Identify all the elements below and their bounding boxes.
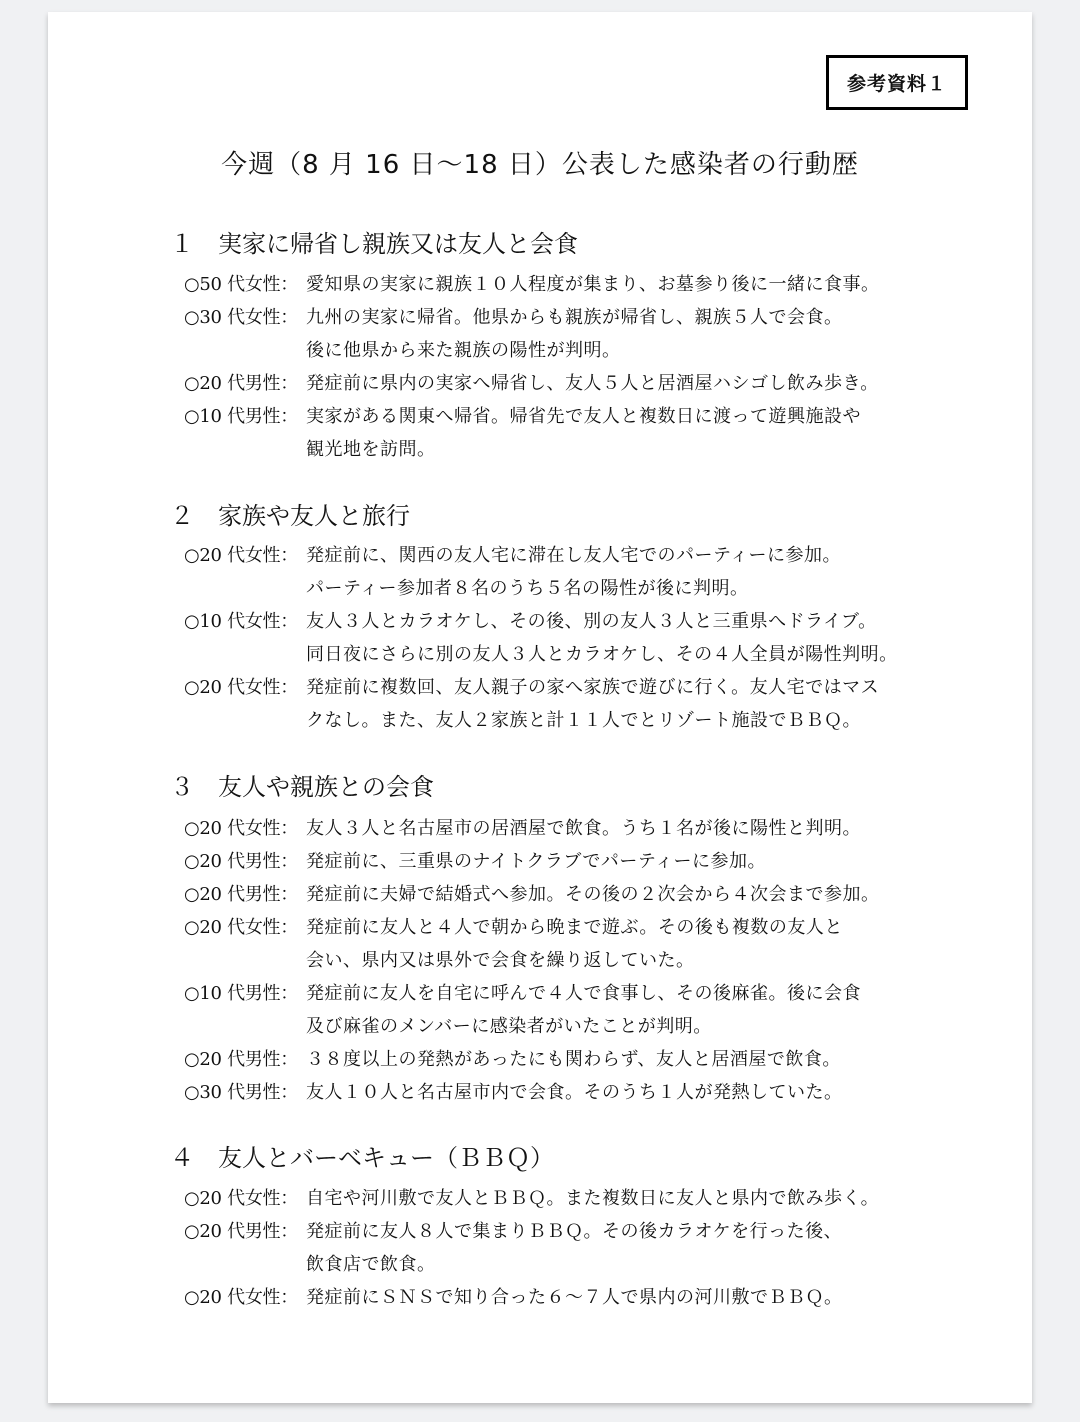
list-item: ○20 代女性： 発症前に友人と４人で朝から晩まで遊ぶ。その後も複数の友人と 会… [184, 911, 843, 977]
list-item: ○20 代男性： 発症前に県内の実家へ帰省し、友人５人と居酒屋ハシゴし飲み歩き。 [184, 367, 879, 400]
section-number: １ [170, 224, 218, 259]
case-label: ○20 代男性： [184, 1043, 306, 1076]
document-title: 今週（8 月 16 日〜18 日）公表した感染者の行動歴 [48, 144, 1032, 181]
list-item: ○20 代女性： 発症前に複数回、友人親子の家へ家族で遊びに行く。友人宅ではマス… [184, 671, 879, 737]
section-number: ３ [170, 767, 218, 802]
case-description: 愛知県の実家に親族１０人程度が集まり、お墓参り後に一緒に食事。 [306, 268, 880, 301]
case-label: ○30 代女性： [184, 301, 306, 367]
case-label: ○20 代女性： [184, 539, 306, 605]
section-number: ４ [170, 1138, 218, 1173]
case-description: 実家がある関東へ帰省。帰省先で友人と複数日に渡って遊興施設や 観光地を訪問。 [306, 400, 861, 466]
section-title: 家族や友人と旅行 [218, 502, 410, 530]
case-label: ○20 代男性： [184, 878, 306, 911]
case-label: ○20 代女性： [184, 671, 306, 737]
case-description: 発症前に友人と４人で朝から晩まで遊ぶ。その後も複数の友人と 会い、県内又は県外で… [306, 911, 843, 977]
reference-label-box: 参考資料１ [826, 55, 968, 110]
list-item: ○20 代男性： ３８度以上の発熱があったにも関わらず、友人と居酒屋で飲食。 [184, 1043, 841, 1076]
list-item: ○20 代男性： 発症前に友人８人で集まりＢＢＱ。その後カラオケを行った後、 飲… [184, 1215, 842, 1281]
list-item: ○30 代女性： 九州の実家に帰省。他県からも親族が帰省し、親族５人で会食。 後… [184, 301, 843, 367]
list-item: ○50 代女性： 愛知県の実家に親族１０人程度が集まり、お墓参り後に一緒に食事。 [184, 268, 880, 301]
case-description: 発症前に県内の実家へ帰省し、友人５人と居酒屋ハシゴし飲み歩き。 [306, 367, 879, 400]
case-description: 発症前に夫婦で結婚式へ参加。その後の２次会から４次会まで参加。 [306, 878, 880, 911]
case-label: ○20 代女性： [184, 1281, 306, 1314]
case-description: 発症前に複数回、友人親子の家へ家族で遊びに行く。友人宅ではマス クなし。また、友… [306, 671, 879, 737]
case-description: ３８度以上の発熱があったにも関わらず、友人と居酒屋で飲食。 [306, 1043, 841, 1076]
section-heading-4: ４友人とバーベキュー（ＢＢＱ） [170, 1138, 554, 1173]
section-number: ２ [170, 496, 218, 531]
list-item: ○10 代女性： 友人３人とカラオケし、その後、別の友人３人と三重県へドライブ。… [184, 605, 898, 671]
section-heading-1: １実家に帰省し親族又は友人と会食 [170, 224, 578, 259]
section-heading-3: ３友人や親族との会食 [170, 767, 434, 802]
list-item: ○20 代男性： 発症前に、三重県のナイトクラブでパーティーに参加。 [184, 845, 766, 878]
case-description: 友人１０人と名古屋市内で会食。そのうち１人が発熱していた。 [306, 1076, 843, 1109]
case-description: 発症前に友人を自宅に呼んで４人で食事し、その後麻雀。後に会食 及び麻雀のメンバー… [306, 977, 861, 1043]
case-description: 九州の実家に帰省。他県からも親族が帰省し、親族５人で会食。 後に他県から来た親族… [306, 301, 843, 367]
list-item: ○30 代男性： 友人１０人と名古屋市内で会食。そのうち１人が発熱していた。 [184, 1076, 843, 1109]
case-label: ○30 代男性： [184, 1076, 306, 1109]
document-page: 参考資料１ 今週（8 月 16 日〜18 日）公表した感染者の行動歴 １実家に帰… [48, 12, 1032, 1403]
case-description: 発症前に友人８人で集まりＢＢＱ。その後カラオケを行った後、 飲食店で飲食。 [306, 1215, 842, 1281]
section-title: 友人とバーベキュー（ＢＢＱ） [218, 1144, 554, 1172]
case-label: ○10 代女性： [184, 605, 306, 671]
case-label: ○20 代女性： [184, 812, 306, 845]
list-item: ○10 代男性： 発症前に友人を自宅に呼んで４人で食事し、その後麻雀。後に会食 … [184, 977, 861, 1043]
case-label: ○20 代男性： [184, 1215, 306, 1281]
case-description: 自宅や河川敷で友人とＢＢＱ。また複数日に友人と県内で飲み歩く。 [306, 1182, 879, 1215]
case-label: ○20 代女性： [184, 1182, 306, 1215]
list-item: ○10 代男性： 実家がある関東へ帰省。帰省先で友人と複数日に渡って遊興施設や … [184, 400, 861, 466]
list-item: ○20 代女性： 自宅や河川敷で友人とＢＢＱ。また複数日に友人と県内で飲み歩く。 [184, 1182, 879, 1215]
case-description: 発症前にＳＮＳで知り合った６〜７人で県内の河川敷でＢＢＱ。 [306, 1281, 843, 1314]
list-item: ○20 代女性： 発症前に、関西の友人宅に滞在し友人宅でのパーティーに参加。 パ… [184, 539, 841, 605]
case-label: ○20 代女性： [184, 911, 306, 977]
case-label: ○20 代男性： [184, 845, 306, 878]
case-label: ○50 代女性： [184, 268, 306, 301]
case-label: ○20 代男性： [184, 367, 306, 400]
case-description: 友人３人と名古屋市の居酒屋で飲食。うち１名が後に陽性と判明。 [306, 812, 861, 845]
case-label: ○10 代男性： [184, 400, 306, 466]
list-item: ○20 代女性： 友人３人と名古屋市の居酒屋で飲食。うち１名が後に陽性と判明。 [184, 812, 861, 845]
section-title: 友人や親族との会食 [218, 773, 434, 801]
case-description: 発症前に、関西の友人宅に滞在し友人宅でのパーティーに参加。 パーティー参加者８名… [306, 539, 841, 605]
section-heading-2: ２家族や友人と旅行 [170, 496, 410, 531]
case-label: ○10 代男性： [184, 977, 306, 1043]
list-item: ○20 代女性： 発症前にＳＮＳで知り合った６〜７人で県内の河川敷でＢＢＱ。 [184, 1281, 843, 1314]
section-title: 実家に帰省し親族又は友人と会食 [218, 230, 578, 258]
case-description: 友人３人とカラオケし、その後、別の友人３人と三重県へドライブ。 同日夜にさらに別… [306, 605, 898, 671]
case-description: 発症前に、三重県のナイトクラブでパーティーに参加。 [306, 845, 766, 878]
list-item: ○20 代男性： 発症前に夫婦で結婚式へ参加。その後の２次会から４次会まで参加。 [184, 878, 880, 911]
